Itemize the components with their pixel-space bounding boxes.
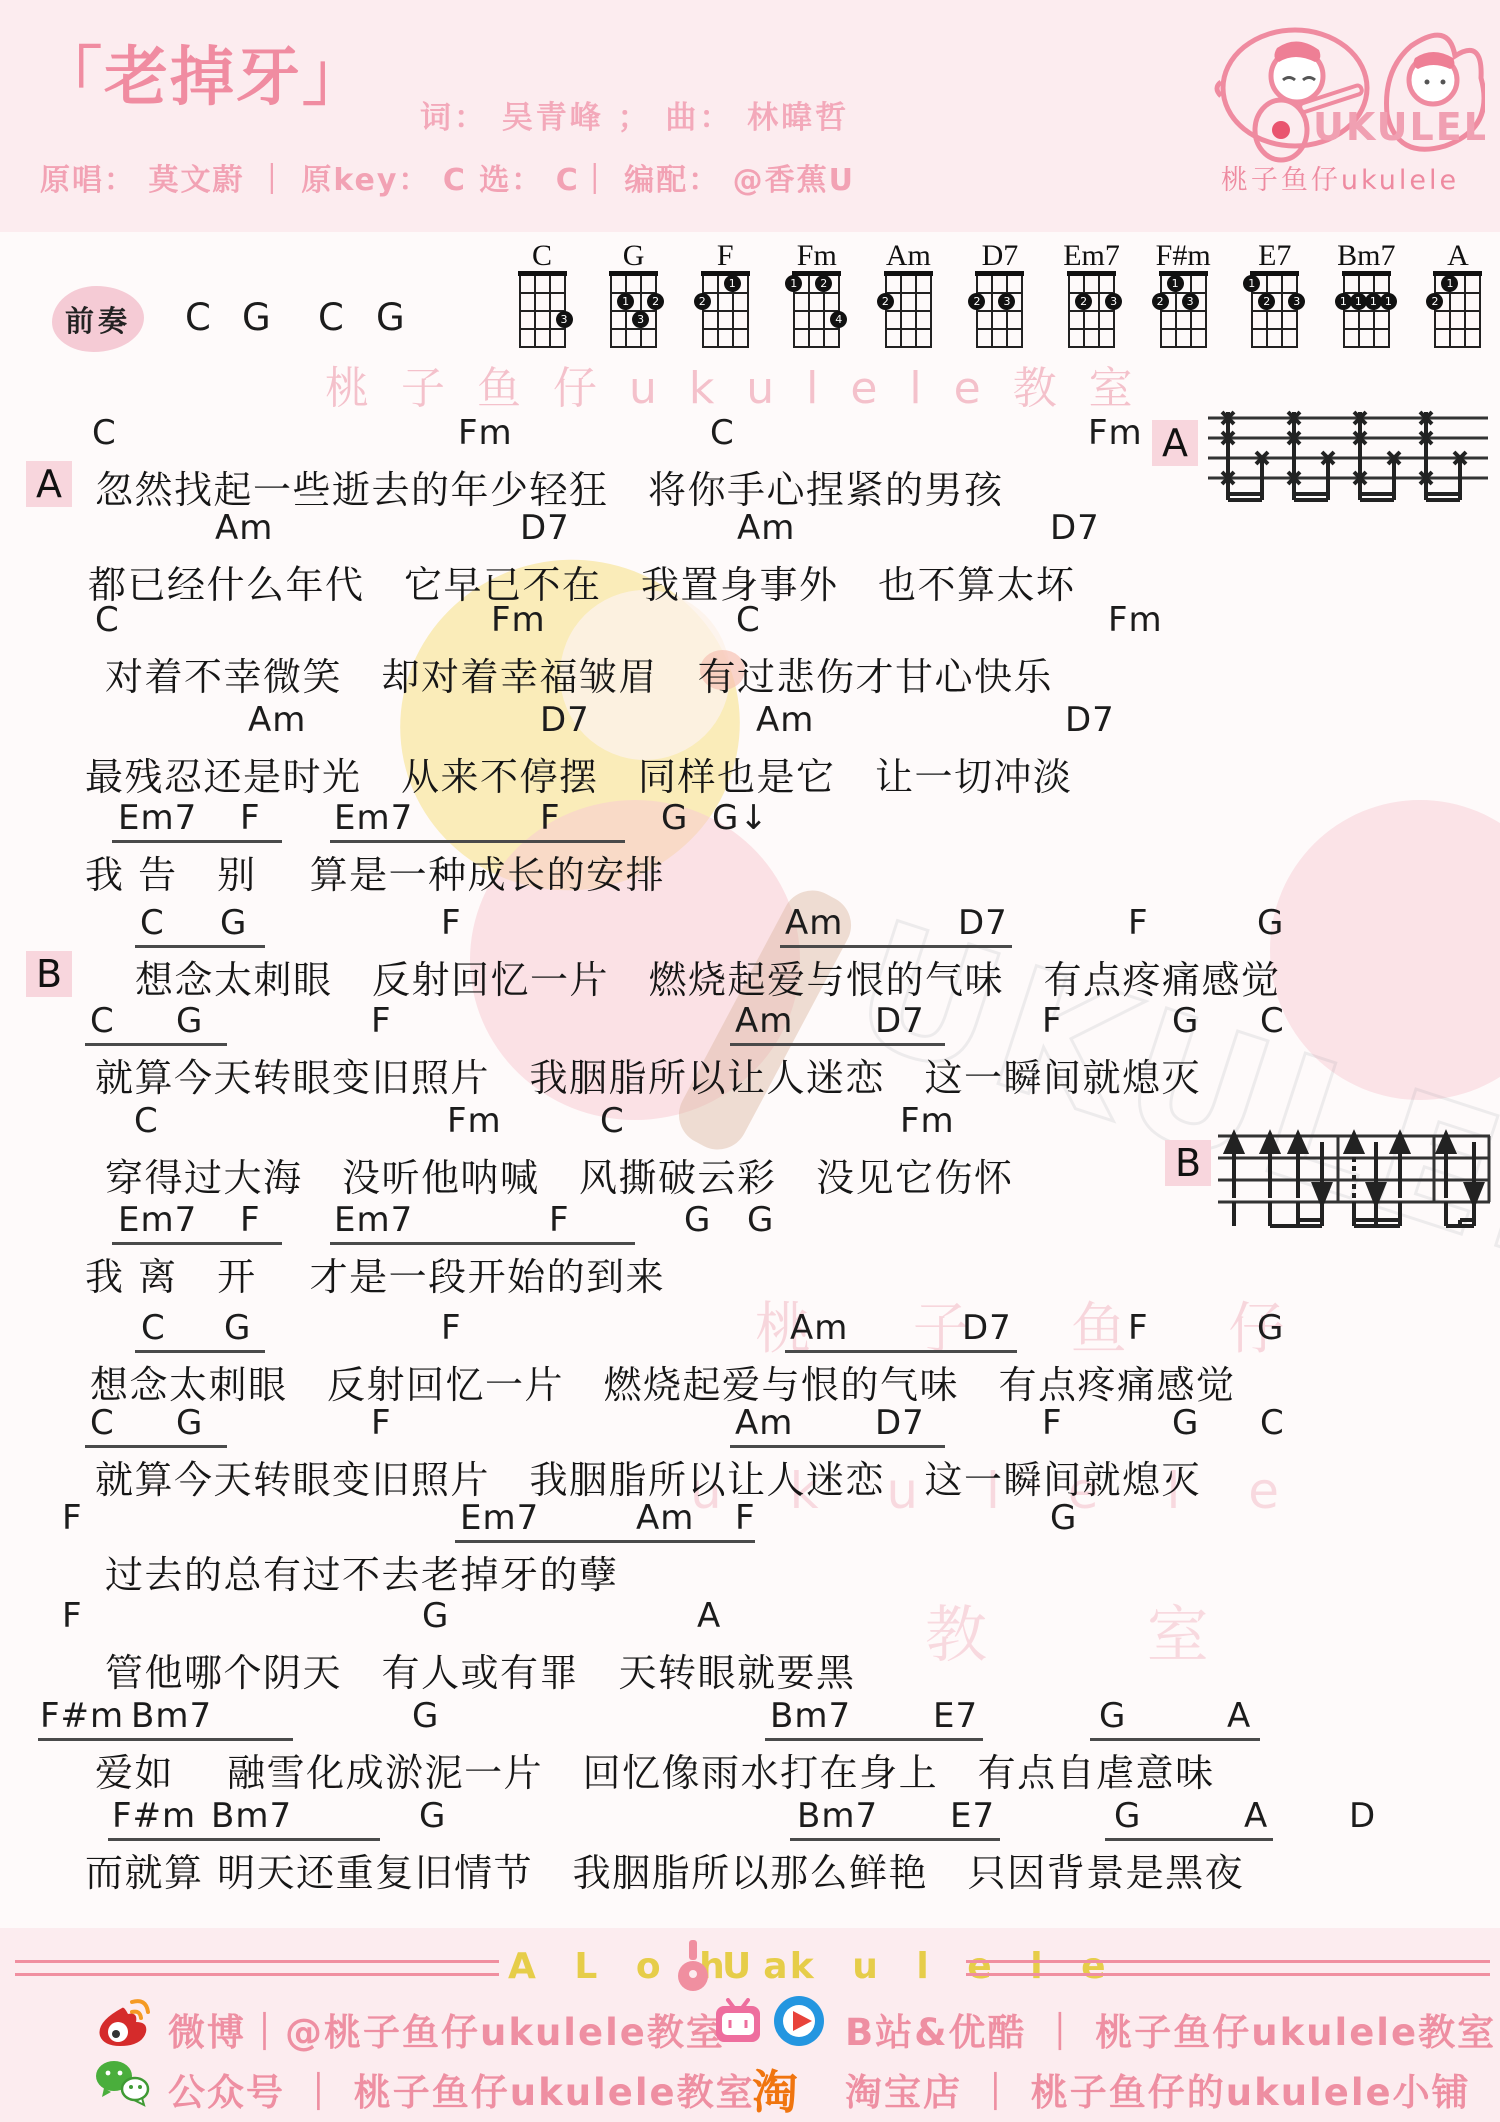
chord-label: C — [736, 600, 761, 640]
chord-label: G — [176, 1001, 203, 1041]
lyric-text: 最残忍还是时光 从来不停摆 同样也是它 让一切冲淡 — [85, 746, 1073, 801]
finger-dot: 1 — [785, 275, 802, 292]
diagram-fret — [1434, 328, 1481, 330]
lyric-text: 我 告 别 算是一种成长的安排 — [85, 844, 665, 899]
chord-diagram-grid: 123 — [1160, 274, 1207, 348]
chord-label: Am — [636, 1498, 694, 1538]
finger-dot: 2 — [1258, 293, 1275, 310]
diagram-nut — [701, 271, 750, 276]
chord-label: F — [240, 798, 261, 838]
diagram-fret — [1160, 310, 1207, 312]
bar-underline — [135, 1350, 265, 1353]
arrangement-info: 原唱： 莫文蔚 ｜ 原key： C 选： C｜ 编配： @香蕉U — [40, 155, 855, 199]
bilibili-icon — [714, 1998, 762, 2044]
chord-label: Am — [735, 1403, 793, 1443]
chord-diagram-name: A — [1447, 238, 1469, 274]
rhythm-pattern-b — [1218, 1122, 1496, 1240]
lyric-text: 我 离 开 才是一段开始的到来 — [85, 1246, 665, 1301]
lyric-text: 就算今天转眼变旧照片 我胭脂所以让人迷恋 这一瞬间就熄灭 — [95, 1047, 1201, 1102]
chord-label: D7 — [1065, 700, 1115, 740]
rhythm-pattern-a — [1208, 408, 1493, 510]
chord-label: Fm — [1108, 600, 1163, 640]
chord-label: G — [1099, 1696, 1126, 1736]
chord-diagram-name: Bm7 — [1337, 238, 1395, 274]
song-line: FGA管他哪个阴天 有人或有罪 天转眼就要黑 — [0, 1596, 1500, 1692]
chord-label: D7 — [875, 1403, 925, 1443]
chord-diagram: Bm71111 — [1334, 238, 1398, 348]
diagram-nut — [1250, 271, 1299, 276]
svg-text:UKULELE: UKULELE — [1313, 105, 1485, 149]
bar-underline — [1105, 1838, 1273, 1841]
diagram-fret — [610, 328, 657, 330]
intro-chord-label: G — [376, 296, 405, 339]
song-line: Em7FEm7FGG↓我 告 别 算是一种成长的安排 — [0, 798, 1500, 894]
chord-label: Am — [248, 700, 306, 740]
lyric-text: 就算今天转眼变旧照片 我胭脂所以让人迷恋 这一瞬间就熄灭 — [95, 1449, 1201, 1504]
finger-dot: 2 — [1426, 293, 1443, 310]
intro-label: 前奏 — [52, 286, 144, 352]
chord-diagram-grid: 12 — [1434, 274, 1481, 348]
chord-label: D7 — [958, 903, 1008, 943]
bar-underline — [85, 1445, 227, 1448]
taobao-icon: 淘 — [752, 2056, 798, 2122]
finger-dot: 1 — [617, 293, 634, 310]
diagram-fret — [519, 328, 566, 330]
chord-label: F — [549, 1200, 570, 1240]
chord-label: G — [224, 1308, 251, 1348]
section-badge: A — [26, 461, 72, 507]
diagram-fret — [1343, 310, 1390, 312]
chord-label: G — [1172, 1403, 1199, 1443]
lyric-text: 忽然找起一些逝去的年少轻狂 将你手心捏紧的男孩 — [95, 459, 1004, 514]
chord-label: G — [412, 1696, 439, 1736]
diagram-fret — [1160, 346, 1207, 348]
chord-label: Em7 — [334, 798, 413, 838]
chord-label: D7 — [540, 700, 590, 740]
bar-underline — [330, 1242, 635, 1245]
chord-diagram-name: F#m — [1156, 238, 1211, 274]
diagram-fret — [793, 292, 840, 294]
divider-left — [15, 1960, 499, 1976]
section-badge: B — [26, 951, 72, 997]
bar-underline — [730, 1445, 945, 1448]
watermark-studio-top: 桃 子 鱼 仔 u k u l e l e 教 室 — [325, 352, 1142, 416]
logo-illustration: UKULELE — [1185, 18, 1485, 168]
finger-dot: 2 — [968, 293, 985, 310]
chord-label: Bm7 — [770, 1696, 851, 1736]
finger-dot: 2 — [694, 293, 711, 310]
logo-caption: 桃子鱼仔ukulele — [1190, 158, 1490, 197]
diagram-fret — [793, 328, 840, 330]
diagram-fret — [793, 346, 840, 348]
song-line: CFmCFm对着不幸微笑 却对着幸福皱眉 有过悲伤才甘心快乐 — [0, 600, 1500, 696]
diagram-fret — [702, 346, 749, 348]
song-line: CGFAmD7FG想念太刺眼 反射回忆一片 燃烧起爱与恨的气味 有点疼痛感觉 — [0, 1308, 1500, 1404]
chord-label: F — [62, 1498, 83, 1538]
diagram-nut — [518, 271, 567, 276]
chord-label: F — [735, 1498, 756, 1538]
finger-dot: 1 — [724, 275, 741, 292]
finger-dot: 4 — [830, 311, 847, 328]
finger-dot: 3 — [1288, 293, 1305, 310]
chord-label: F — [371, 1403, 392, 1443]
chord-label: G — [747, 1200, 774, 1240]
wechat-icon — [92, 2056, 154, 2108]
finger-dot: 3 — [632, 311, 649, 328]
intro-chord-label: G — [242, 296, 271, 339]
chord-diagram: F12 — [693, 238, 757, 348]
lyric-text: 管他哪个阴天 有人或有罪 天转眼就要黑 — [105, 1642, 856, 1697]
chord-label: Fm — [447, 1101, 502, 1141]
bar-underline — [85, 1043, 227, 1046]
finger-dot: 1 — [1441, 275, 1458, 292]
finger-dot: 3 — [998, 293, 1015, 310]
play-video-icon — [772, 1994, 826, 2048]
bar-underline — [780, 945, 1012, 948]
song-line: F#mBm7GBm7E7GAD而就算 明天还重复旧情节 我胭脂所以那么鲜艳 只因… — [0, 1796, 1500, 1892]
chord-label: Fm — [491, 600, 546, 640]
chord-label: G — [1257, 903, 1284, 943]
chord-label: Fm — [1088, 413, 1143, 453]
chord-label: Am — [737, 508, 795, 548]
chord-label: C — [140, 903, 165, 943]
bar-underline — [1090, 1738, 1260, 1741]
finger-dot: 2 — [1152, 293, 1169, 310]
bar-underline — [112, 840, 282, 843]
intro-chord-label: C — [318, 296, 344, 339]
chord-label: C — [92, 413, 117, 453]
chord-label: C — [1260, 1403, 1285, 1443]
diagram-fret — [976, 310, 1023, 312]
diagram-nut — [1159, 271, 1208, 276]
chord-diagram-grid: 124 — [793, 274, 840, 348]
chord-label: F — [62, 1596, 83, 1636]
diagram-fret — [1160, 328, 1207, 330]
chord-diagram: Em723 — [1060, 238, 1124, 348]
chord-diagram-name: Em7 — [1063, 238, 1120, 274]
diagram-fret — [976, 292, 1023, 294]
lyric-text: 爱如 融雪化成淤泥一片 回忆像雨水打在身上 有点自虐意味 — [95, 1742, 1215, 1797]
chord-label: D7 — [520, 508, 570, 548]
finger-dot: 1 — [1380, 293, 1397, 310]
lyric-text: 对着不幸微笑 却对着幸福皱眉 有过悲伤才甘心快乐 — [105, 646, 1053, 701]
bar-underline — [790, 1838, 1000, 1841]
bar-underline — [765, 1738, 983, 1741]
diagram-fret — [976, 328, 1023, 330]
chord-label: E7 — [933, 1696, 978, 1736]
chord-label: F — [1042, 1403, 1063, 1443]
chord-diagram: G123 — [602, 238, 666, 348]
song-line: AmD7AmD7最残忍还是时光 从来不停摆 同样也是它 让一切冲淡 — [0, 700, 1500, 796]
chord-label: F — [1128, 903, 1149, 943]
diagram-fret — [702, 292, 749, 294]
chord-diagram: C3 — [510, 238, 574, 348]
diagram-fret — [1434, 310, 1481, 312]
diagram-fret — [976, 346, 1023, 348]
diagram-fret — [610, 310, 657, 312]
song-line: AmD7AmD7都已经什么年代 它早已不在 我置身事外 也不算太坏 — [0, 508, 1500, 604]
chord-label: G — [661, 798, 688, 838]
chord-label: C — [600, 1101, 625, 1141]
chord-label: Em7 — [118, 798, 197, 838]
chord-label: Am — [790, 1308, 848, 1348]
chord-label: Bm7 — [211, 1796, 292, 1836]
lyric-text: 想念太刺眼 反射回忆一片 燃烧起爱与恨的气味 有点疼痛感觉 — [90, 1354, 1236, 1409]
chord-label: D7 — [962, 1308, 1012, 1348]
finger-dot: 3 — [1182, 293, 1199, 310]
diagram-fret — [1343, 328, 1390, 330]
lyric-text: 过去的总有过不去老掉牙的孽 — [105, 1544, 619, 1599]
diagram-fret — [1068, 310, 1115, 312]
songwriter-credit: 词： 吴青峰 ； 曲： 林暐哲 — [420, 92, 849, 137]
chord-diagram-grid: 23 — [976, 274, 1023, 348]
bar-underline — [730, 1043, 945, 1046]
chord-diagram: Fm124 — [785, 238, 849, 348]
page-title: 「老掉牙」 — [38, 26, 368, 118]
chord-label: C — [141, 1308, 166, 1348]
diagram-fret — [885, 310, 932, 312]
chord-label: E7 — [950, 1796, 995, 1836]
chord-label: C — [90, 1403, 115, 1443]
chord-label: F#m — [40, 1696, 124, 1736]
chord-label: A — [1244, 1796, 1268, 1836]
diagram-fret — [1160, 292, 1207, 294]
diagram-nut — [1067, 271, 1116, 276]
diagram-fret — [1068, 328, 1115, 330]
song-line: CGFAmD7FGC就算今天转眼变旧照片 我胭脂所以让人迷恋 这一瞬间就熄灭 — [0, 1403, 1500, 1499]
diagram-nut — [1342, 271, 1391, 276]
diagram-nut — [975, 271, 1024, 276]
chord-diagram: F#m123 — [1151, 238, 1215, 348]
chord-label: D — [1349, 1796, 1376, 1836]
chord-diagram: E7123 — [1243, 238, 1307, 348]
diagram-fret — [1251, 346, 1298, 348]
chord-label: F — [371, 1001, 392, 1041]
chord-label: G — [684, 1200, 711, 1240]
bar-underline — [38, 1738, 293, 1741]
diagram-fret — [702, 328, 749, 330]
chord-label: F — [1042, 1001, 1063, 1041]
diagram-fret — [519, 292, 566, 294]
song-line: FEm7AmFG过去的总有过不去老掉牙的孽 — [0, 1498, 1500, 1594]
taobao-link[interactable]: 淘宝店 ｜ 桃子鱼仔的ukulele小铺 — [845, 2062, 1471, 2116]
chord-label: Bm7 — [797, 1796, 878, 1836]
finger-dot: 2 — [815, 275, 832, 292]
bar-underline — [135, 945, 265, 948]
chord-label: G — [220, 903, 247, 943]
lyric-text: 而就算 明天还重复旧情节 我胭脂所以那么鲜艳 只因背景是黑夜 — [85, 1842, 1244, 1897]
chord-diagram-grid: 123 — [1251, 274, 1298, 348]
diagram-fret — [885, 328, 932, 330]
lyric-text: 想念太刺眼 反射回忆一片 燃烧起爱与恨的气味 有点疼痛感觉 — [135, 949, 1281, 1004]
chord-diagram-grid: 1111 — [1343, 274, 1390, 348]
chord-label: Am — [785, 903, 843, 943]
bar-underline — [785, 1350, 1017, 1353]
diagram-fret — [702, 310, 749, 312]
chord-label: Em7 — [118, 1200, 197, 1240]
lyric-text: 穿得过大海 没听他呐喊 风撕破云彩 没见它伤怀 — [105, 1147, 1014, 1202]
chord-diagram-name: Fm — [797, 238, 837, 274]
finger-dot: 1 — [1167, 275, 1184, 292]
diagram-fret — [1434, 292, 1481, 294]
diagram-fret — [519, 346, 566, 348]
diagram-fret — [1068, 346, 1115, 348]
diagram-fret — [1251, 310, 1298, 312]
song-line: BCGFAmD7FG想念太刺眼 反射回忆一片 燃烧起爱与恨的气味 有点疼痛感觉 — [0, 903, 1500, 999]
chord-label: G — [419, 1796, 446, 1836]
chord-label: F — [540, 798, 561, 838]
chord-diagram-name: Am — [886, 238, 931, 274]
chord-diagram-grid: 123 — [610, 274, 657, 348]
song-line: CGFAmD7FGC就算今天转眼变旧照片 我胭脂所以让人迷恋 这一瞬间就熄灭 — [0, 1001, 1500, 1097]
chord-diagram: D723 — [968, 238, 1032, 348]
chord-label: F — [441, 1308, 462, 1348]
diagram-nut — [1433, 271, 1482, 276]
chord-diagram-grid: 23 — [1068, 274, 1115, 348]
chord-label: Bm7 — [131, 1696, 212, 1736]
chord-label: C — [95, 600, 120, 640]
diagram-nut — [609, 271, 658, 276]
chord-label: G — [1257, 1308, 1284, 1348]
chord-label: F — [1128, 1308, 1149, 1348]
chord-label: F — [240, 1200, 261, 1240]
chord-diagram-name: G — [623, 238, 645, 274]
chord-label: Fm — [900, 1101, 955, 1141]
weibo-link[interactable]: 微博｜@桃子鱼仔ukulele教室 — [168, 2002, 725, 2056]
finger-dot: 2 — [877, 293, 894, 310]
diagram-fret — [1343, 346, 1390, 348]
bar-underline — [455, 1540, 755, 1543]
rhythm-b-badge: B — [1165, 1140, 1211, 1186]
chord-diagram: Am2 — [876, 238, 940, 348]
diagram-nut — [792, 271, 841, 276]
chord-label: G↓ — [712, 798, 769, 838]
chord-label: F#m — [112, 1796, 196, 1836]
chord-label: C — [710, 413, 735, 453]
chord-label: F — [441, 903, 462, 943]
chord-diagram-name: F — [717, 238, 734, 274]
diagram-nut — [884, 271, 933, 276]
chord-diagram-grid: 3 — [519, 274, 566, 348]
chord-label: Am — [735, 1001, 793, 1041]
finger-dot: 3 — [556, 311, 573, 328]
diagram-fret — [610, 346, 657, 348]
chord-label: Em7 — [460, 1498, 539, 1538]
bar-underline — [108, 1838, 380, 1841]
chord-diagram-grid: 2 — [885, 274, 932, 348]
chord-label: Am — [756, 700, 814, 740]
chord-diagram-name: D7 — [982, 238, 1019, 274]
divider-right — [966, 1960, 1490, 1976]
chord-label: A — [1227, 1696, 1251, 1736]
chord-diagram: A12 — [1426, 238, 1490, 348]
chord-diagram-grid: 12 — [702, 274, 749, 348]
chord-label: D7 — [1050, 508, 1100, 548]
wechat-link[interactable]: 公众号 ｜ 桃子鱼仔ukulele教室 — [168, 2062, 755, 2116]
chord-label: C — [134, 1101, 159, 1141]
finger-dot: 2 — [1075, 293, 1092, 310]
chord-label: A — [697, 1596, 721, 1636]
intro-chord-label: C — [185, 296, 211, 339]
diagram-fret — [1434, 346, 1481, 348]
chord-label: G — [1114, 1796, 1141, 1836]
chord-diagram-name: C — [532, 238, 552, 274]
chord-label: G — [1050, 1498, 1077, 1538]
chord-label: C — [90, 1001, 115, 1041]
diagram-fret — [1251, 328, 1298, 330]
weibo-icon — [92, 1996, 154, 2048]
chord-label: Em7 — [334, 1200, 413, 1240]
chord-label: G — [1172, 1001, 1199, 1041]
finger-dot: 1 — [1243, 275, 1260, 292]
chord-label: D7 — [875, 1001, 925, 1041]
bar-underline — [112, 1242, 282, 1245]
bilibili-youku-link[interactable]: B站&优酷 ｜ 桃子鱼仔ukulele教室 — [845, 2002, 1496, 2056]
diagram-fret — [885, 346, 932, 348]
chord-diagram-name: E7 — [1258, 238, 1291, 274]
chord-diagram-row: C3G123F12Fm124Am2D723Em723F#m123E7123Bm7… — [510, 238, 1490, 348]
chord-label: C — [1260, 1001, 1285, 1041]
chord-label: Fm — [458, 413, 513, 453]
chord-label: Am — [215, 508, 273, 548]
ukulele-icon — [676, 1938, 710, 1994]
bar-underline — [330, 840, 625, 843]
finger-dot: 3 — [1105, 293, 1122, 310]
chord-label: G — [422, 1596, 449, 1636]
diagram-fret — [885, 292, 932, 294]
song-line: F#mBm7GBm7E7GA爱如 融雪化成淤泥一片 回忆像雨水打在身上 有点自虐… — [0, 1696, 1500, 1792]
finger-dot: 2 — [647, 293, 664, 310]
ukulele-chord-sheet: UKULELE 「老掉牙」 词： 吴青峰 ； 曲： 林暐哲 原唱： 莫文蔚 ｜ … — [0, 0, 1500, 2122]
rhythm-a-badge: A — [1152, 420, 1198, 466]
chord-label: G — [176, 1403, 203, 1443]
